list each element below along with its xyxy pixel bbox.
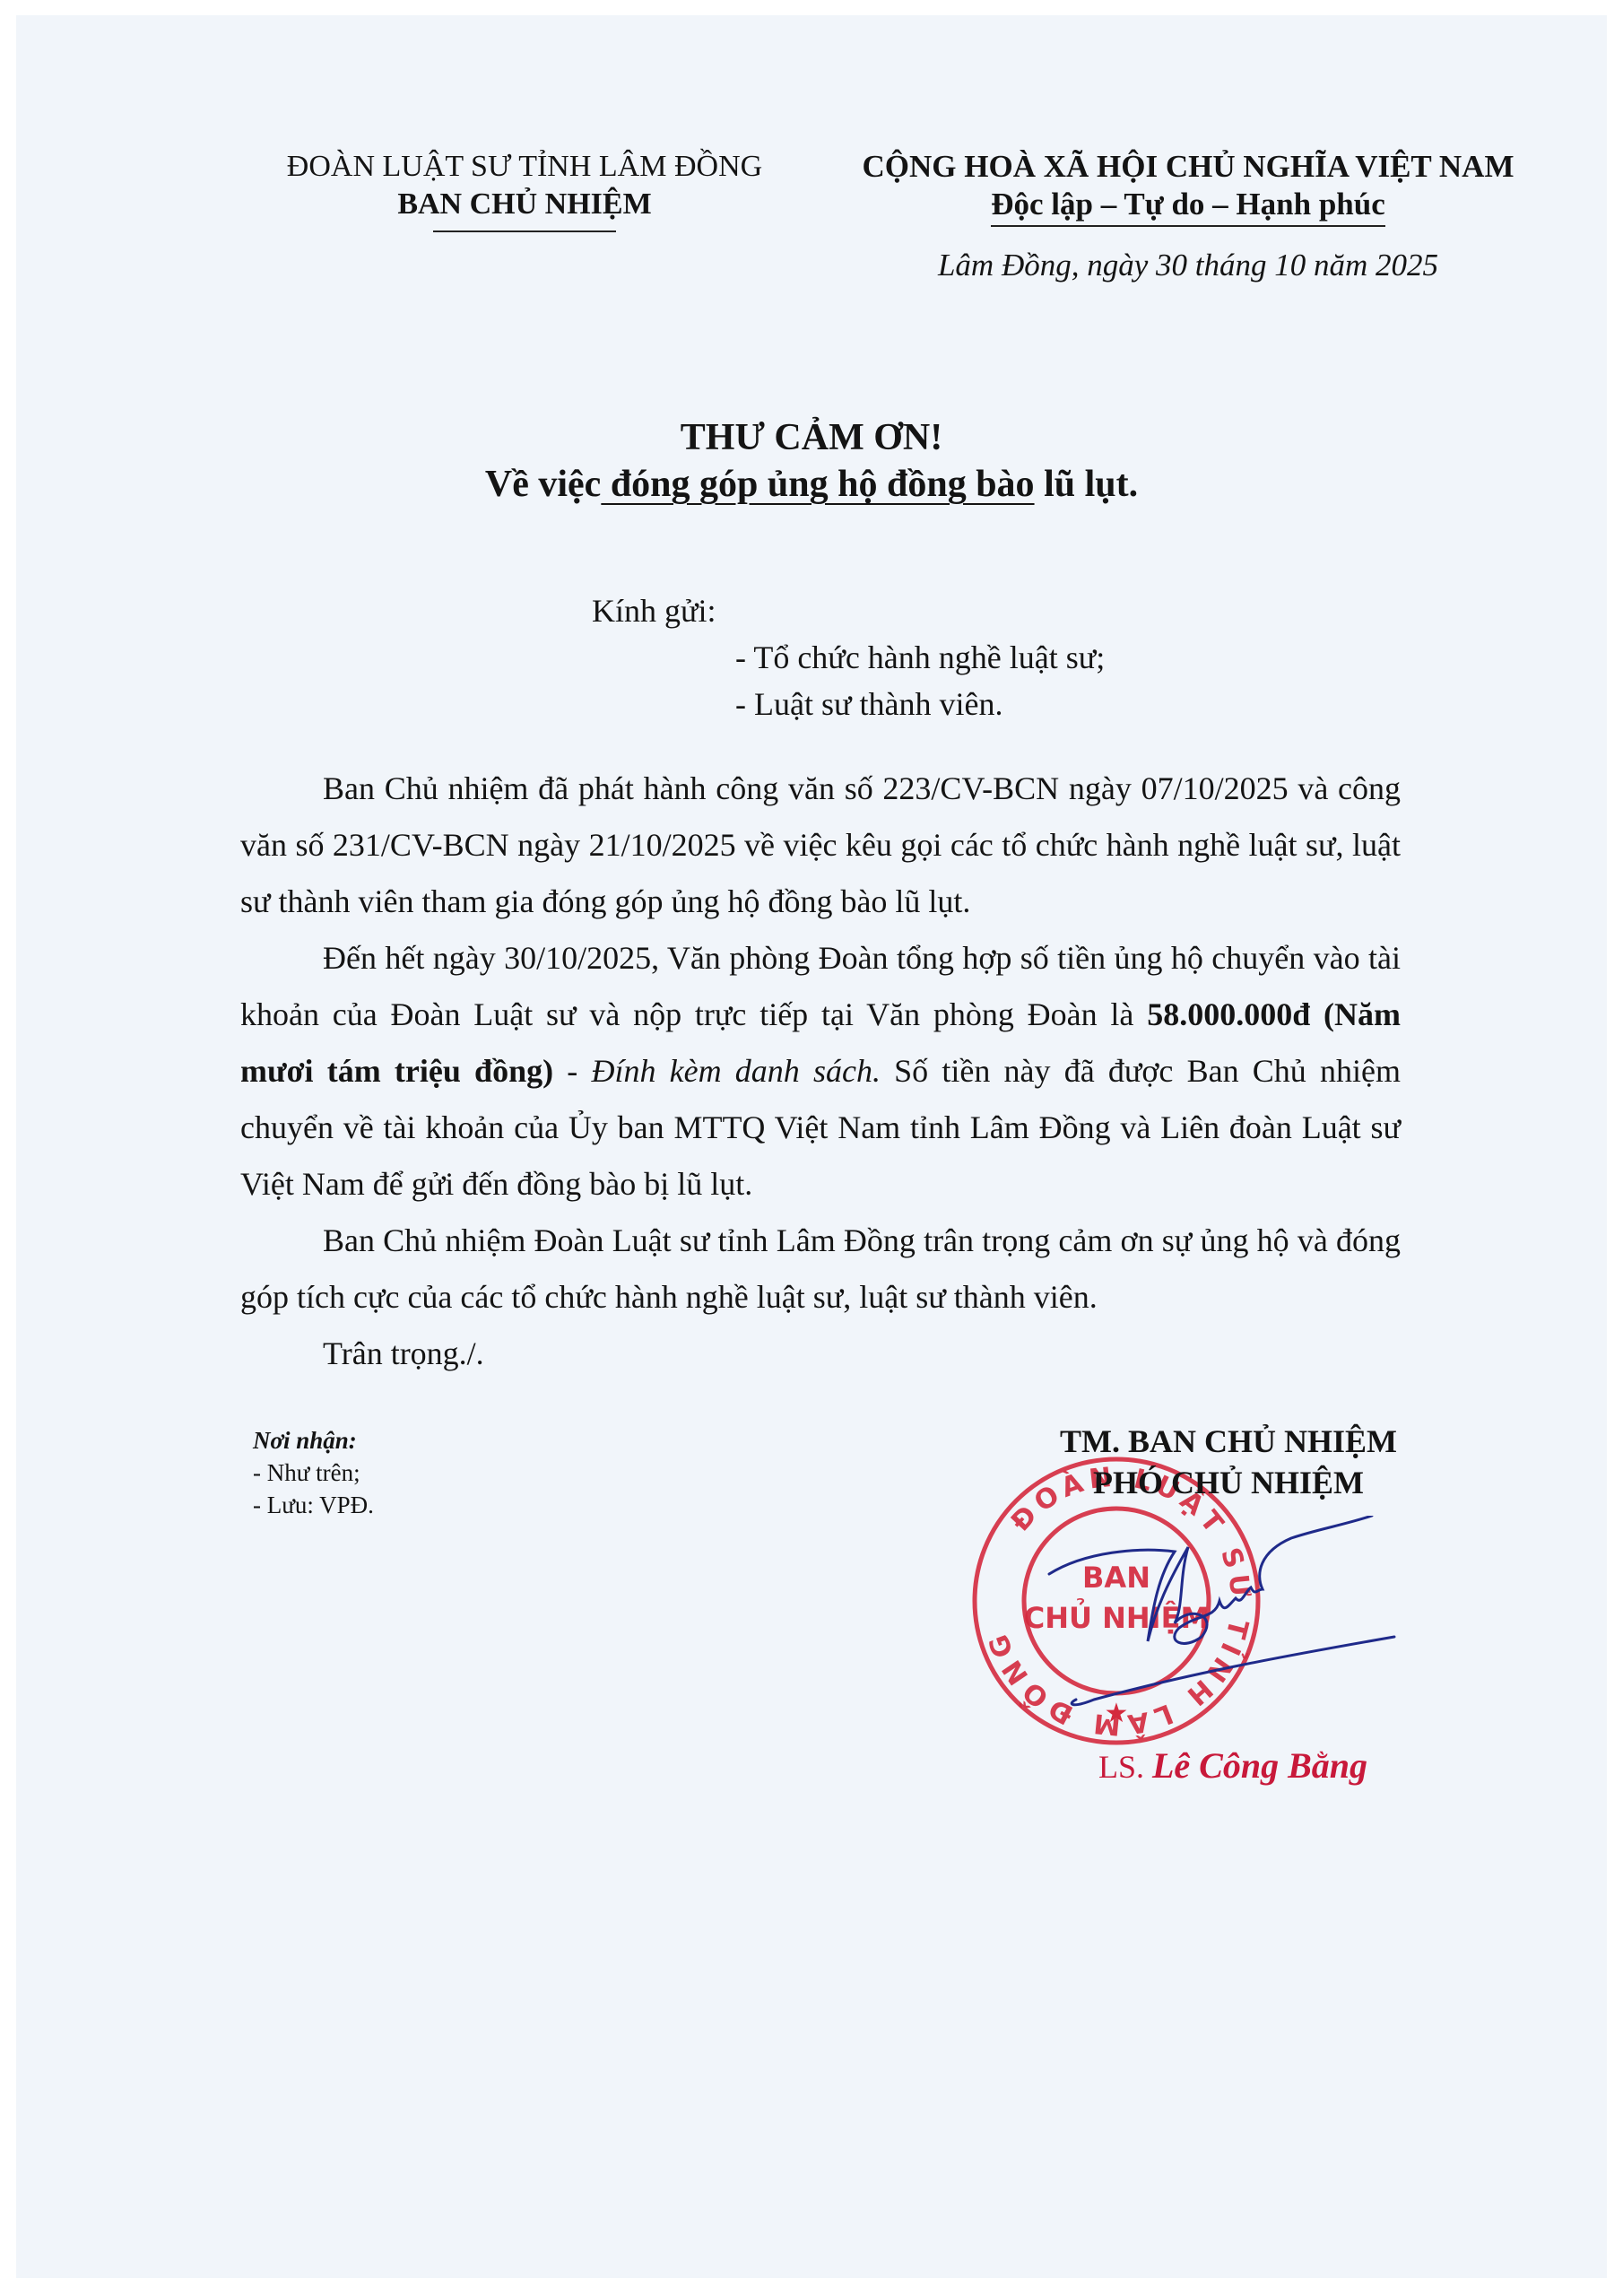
- paragraph-thanks: Ban Chủ nhiệm Đoàn Luật sư tỉnh Lâm Đồng…: [240, 1213, 1401, 1326]
- paragraph-donation-total: Đến hết ngày 30/10/2025, Văn phòng Đoàn …: [240, 930, 1401, 1213]
- organization-name: ĐOÀN LUẬT SƯ TỈNH LÂM ĐỒNG: [233, 148, 816, 186]
- signer-name: Lê Công Bằng: [1152, 1745, 1367, 1786]
- signature-title-line2: PHÓ CHỦ NHIỆM: [995, 1462, 1462, 1503]
- national-header: CỘNG HOÀ XÃ HỘI CHỦ NGHĨA VIỆT NAM Độc l…: [807, 148, 1569, 284]
- letter-title: THƯ CẢM ƠN! Về việc đóng góp ủng hộ đồng…: [16, 414, 1607, 508]
- signer-prefix: LS.: [1098, 1749, 1144, 1785]
- letter-subject: Về việc đóng góp ủng hộ đồng bào lũ lụt.: [16, 461, 1607, 508]
- issuer-header: ĐOÀN LUẬT SƯ TỈNH LÂM ĐỒNG BAN CHỦ NHIỆM: [233, 148, 816, 232]
- dash: -: [553, 1053, 591, 1089]
- recipients: Kính gửi: - Tổ chức hành nghề luật sư; -…: [592, 587, 1105, 727]
- recipient-item: - Luật sư thành viên.: [592, 681, 1105, 727]
- paragraph-announcement: Ban Chủ nhiệm đã phát hành công văn số 2…: [240, 761, 1401, 930]
- attachment-note: Đính kèm danh sách.: [591, 1053, 881, 1089]
- distribution-item: - Như trên;: [253, 1457, 374, 1489]
- signer: LS. Lê Công Bằng: [1031, 1744, 1435, 1788]
- signature-title: TM. BAN CHỦ NHIỆM PHÓ CHỦ NHIỆM: [995, 1421, 1462, 1503]
- national-motto: Độc lập – Tự do – Hạnh phúc: [991, 186, 1385, 227]
- recipient-item: - Tổ chức hành nghề luật sư;: [592, 634, 1105, 681]
- letter-body: Ban Chủ nhiệm đã phát hành công văn số 2…: [240, 761, 1401, 1382]
- nation-name: CỘNG HOÀ XÃ HỘI CHỦ NGHĨA VIỆT NAM: [807, 148, 1569, 186]
- header-divider: [433, 230, 616, 232]
- subject-suffix: lũ lụt.: [1035, 464, 1139, 505]
- handwritten-signature-icon: [1031, 1516, 1408, 1749]
- closing-remark: Trân trọng./.: [240, 1326, 1401, 1382]
- distribution-list: Nơi nhận: - Như trên; - Lưu: VPĐ.: [253, 1424, 374, 1521]
- distribution-item: - Lưu: VPĐ.: [253, 1489, 374, 1521]
- signature-title-line1: TM. BAN CHỦ NHIỆM: [995, 1421, 1462, 1462]
- distribution-label: Nơi nhận:: [253, 1424, 374, 1457]
- letter-heading: THƯ CẢM ƠN!: [16, 414, 1607, 461]
- subject-prefix: Về việc: [485, 464, 601, 505]
- department-name: BAN CHỦ NHIỆM: [233, 186, 816, 223]
- place-date: Lâm Đồng, ngày 30 tháng 10 năm 2025: [807, 247, 1569, 284]
- subject-underlined: đóng góp ủng hộ đồng bào: [601, 464, 1034, 505]
- recipients-label: Kính gửi:: [592, 587, 1105, 634]
